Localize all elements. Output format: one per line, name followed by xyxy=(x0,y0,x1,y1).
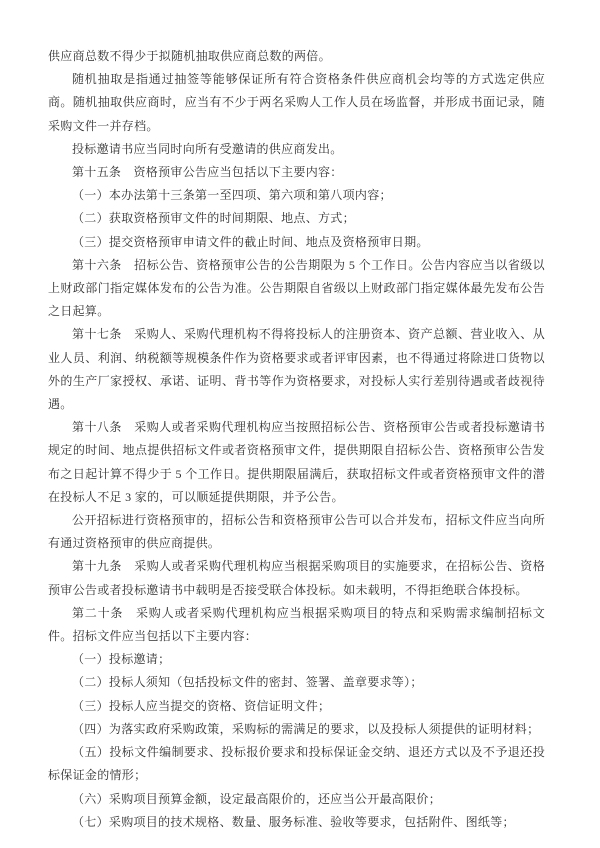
para-article-15-item-1: （一）本办法第十三条第一至四项、第六项和第八项内容； xyxy=(48,184,545,207)
para-article-20-item-1: （一）投标邀请； xyxy=(48,648,545,671)
para-article-15: 第十五条 资格预审公告应当包括以下主要内容： xyxy=(48,161,545,184)
para-article-15-item-3: （三）提交资格预审申请文件的截止时间、地点及资格预审日期。 xyxy=(48,231,545,254)
para-article-20-item-5: （五）投标文件编制要求、投标报价要求和投标保证金交纳、退还方式以及不予退还投标保… xyxy=(48,741,545,787)
para-article-20-item-2: （二）投标人须知（包括投标文件的密封、签署、盖章要求等）； xyxy=(48,671,545,694)
para-invitation-letter: 投标邀请书应当同时向所有受邀请的供应商发出。 xyxy=(48,138,545,161)
para-article-15-item-2: （二）获取资格预审文件的时间期限、地点、方式； xyxy=(48,207,545,230)
document-body: 供应商总数不得少于拟随机抽取供应商总数的两倍。 随机抽取是指通过抽签等能够保证所… xyxy=(48,45,545,834)
para-random-selection: 随机抽取是指通过抽签等能够保证所有符合资格条件供应商机会均等的方式选定供应商。随… xyxy=(48,68,545,138)
para-article-18-continued: 公开招标进行资格预审的，招标公告和资格预审公告可以合并发布，招标文件应当向所有通… xyxy=(48,509,545,555)
para-article-18: 第十八条 采购人或者采购代理机构应当按照招标公告、资格预审公告或者投标邀请书规定… xyxy=(48,416,545,509)
para-article-19: 第十九条 采购人或者采购代理机构应当根据采购项目的实施要求，在招标公告、资格预审… xyxy=(48,555,545,601)
para-article-16: 第十六条 招标公告、资格预审公告的公告期限为 5 个工作日。公告内容应当以省级以… xyxy=(48,254,545,324)
para-article-20-item-7: （七）采购项目的技术规格、数量、服务标准、验收等要求，包括附件、图纸等； xyxy=(48,811,545,834)
para-continuation: 供应商总数不得少于拟随机抽取供应商总数的两倍。 xyxy=(48,45,545,68)
para-article-20-item-4: （四）为落实政府采购政策，采购标的需满足的要求，以及投标人须提供的证明材料； xyxy=(48,718,545,741)
para-article-20-item-3: （三）投标人应当提交的资格、资信证明文件； xyxy=(48,695,545,718)
para-article-20: 第二十条 采购人或者采购代理机构应当根据采购项目的特点和采购需求编制招标文件。招… xyxy=(48,602,545,648)
document-page: 供应商总数不得少于拟随机抽取供应商总数的两倍。 随机抽取是指通过抽签等能够保证所… xyxy=(0,0,600,848)
para-article-20-item-6: （六）采购项目预算金额，设定最高限价的，还应当公开最高限价； xyxy=(48,788,545,811)
para-article-17: 第十七条 采购人、采购代理机构不得将投标人的注册资本、资产总额、营业收入、从业人… xyxy=(48,323,545,416)
